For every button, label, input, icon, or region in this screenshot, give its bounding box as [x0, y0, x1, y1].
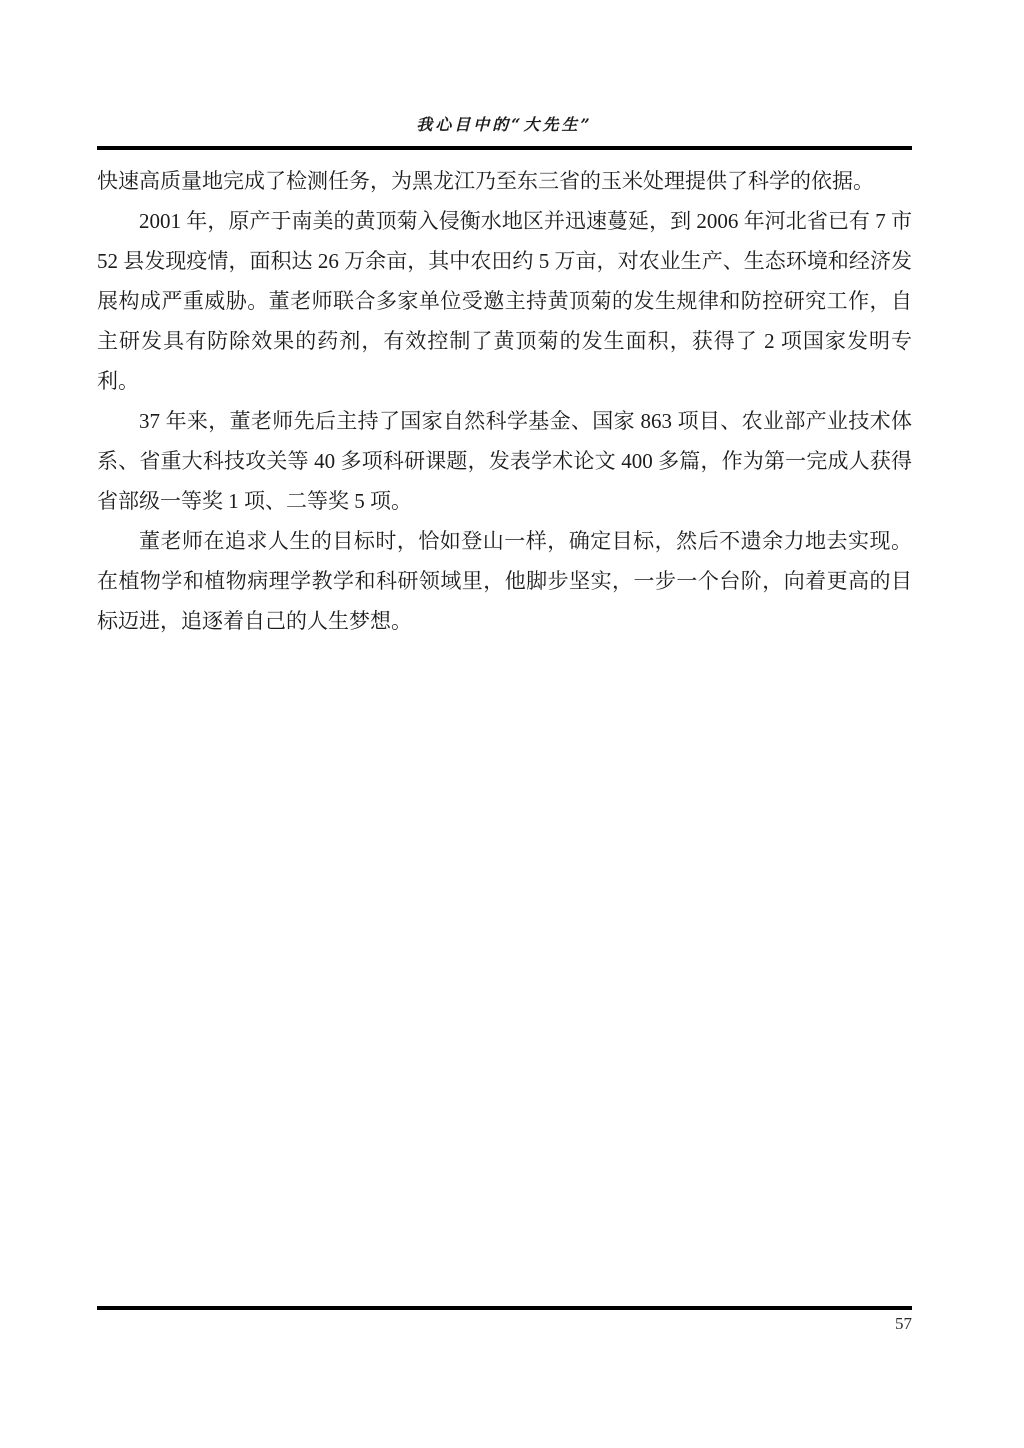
- running-header-title: 我心目中的“大先生”: [97, 112, 912, 135]
- document-page: 我心目中的“大先生” 快速高质量地完成了检测任务，为黑龙江乃至东三省的玉米处理提…: [0, 0, 1024, 1448]
- header-rule: [97, 146, 912, 150]
- body-paragraph-2: 2001 年，原产于南美的黄顶菊入侵衡水地区并迅速蔓延，到 2006 年河北省已…: [97, 201, 912, 401]
- body-paragraph-3: 37 年来，董老师先后主持了国家自然科学基金、国家 863 项目、农业部产业技术…: [97, 401, 912, 521]
- body-paragraph-continuation: 快速高质量地完成了检测任务，为黑龙江乃至东三省的玉米处理提供了科学的依据。: [97, 161, 912, 201]
- body-text-block: 快速高质量地完成了检测任务，为黑龙江乃至东三省的玉米处理提供了科学的依据。 20…: [97, 161, 912, 641]
- body-paragraph-4: 董老师在追求人生的目标时，恰如登山一样，确定目标，然后不遗余力地去实现。在植物学…: [97, 521, 912, 641]
- page-number: 57: [97, 1314, 912, 1334]
- footer-rule: [97, 1306, 912, 1310]
